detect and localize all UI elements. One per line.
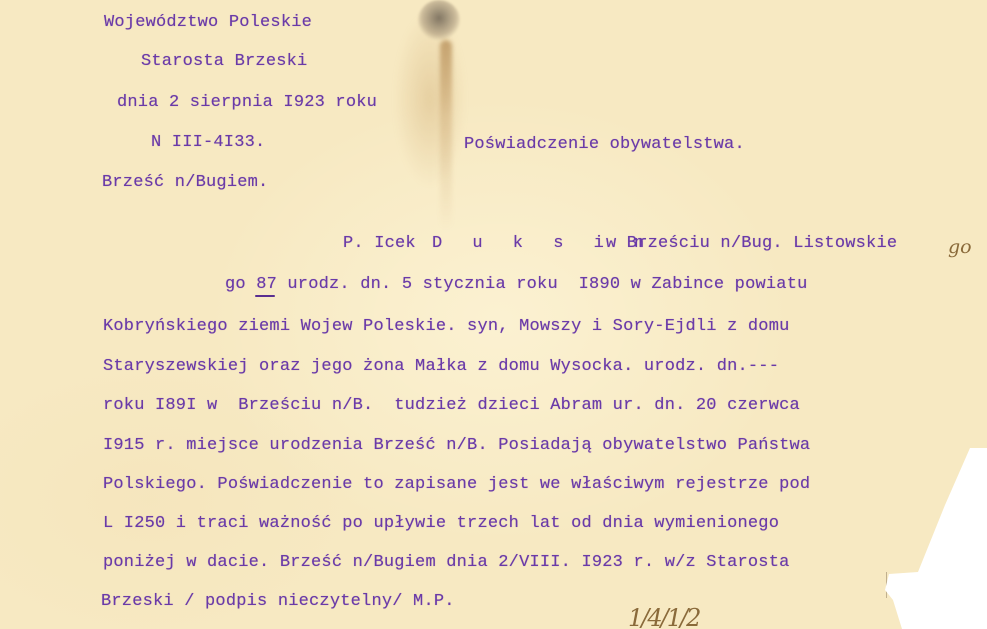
ink-blot <box>418 0 460 40</box>
body-line-7: Polskiego. Poświadczenie to zapisane jes… <box>103 475 810 495</box>
body-line-10: Brzeski / podpis nieczytelny/ M.P. <box>101 592 455 612</box>
body-line-4: Staryszewskiej oraz jego żona Małka z do… <box>103 357 779 377</box>
header-voivodeship: Województwo Poleskie <box>104 13 312 33</box>
header-reference-number: N III-4I33. <box>151 133 265 153</box>
body-line-3: Kobryńskiego ziemi Wojew Poleskie. syn, … <box>103 317 790 337</box>
body-line-1-prefix: P. Icek <box>343 234 416 254</box>
body-line-8: L I250 i traci ważność po upływie trzech… <box>103 514 779 534</box>
header-place: Brześć n/Bugiem. <box>102 173 268 193</box>
body-line-1-rest: w Brześciu n/Bug. Listowskie <box>606 234 897 254</box>
document-page: Województwo Poleskie Starosta Brzeski dn… <box>0 0 987 629</box>
body-line-6: I915 r. miejsce urodzenia Brześć n/B. Po… <box>103 436 810 456</box>
body-line-5: roku I89I w Brześciu n/B. tudzież dzieci… <box>103 396 800 416</box>
header-date: dnia 2 sierpnia I923 roku <box>117 93 377 113</box>
handwritten-archive-number: 1/4/1/2 <box>628 604 699 629</box>
header-office: Starosta Brzeski <box>141 52 307 72</box>
body-line-2: go 87 urodz. dn. 5 stycznia roku I890 w … <box>225 275 808 295</box>
body-line-9: poniżej w dacie. Brześć n/Bugiem dnia 2/… <box>103 553 790 573</box>
paper-tear <box>886 572 887 598</box>
document-title: Poświadczenie obywatelstwa. <box>464 135 745 155</box>
handwritten-go: go <box>948 236 972 258</box>
stain-drip <box>440 40 452 230</box>
underline-mark <box>255 295 275 297</box>
